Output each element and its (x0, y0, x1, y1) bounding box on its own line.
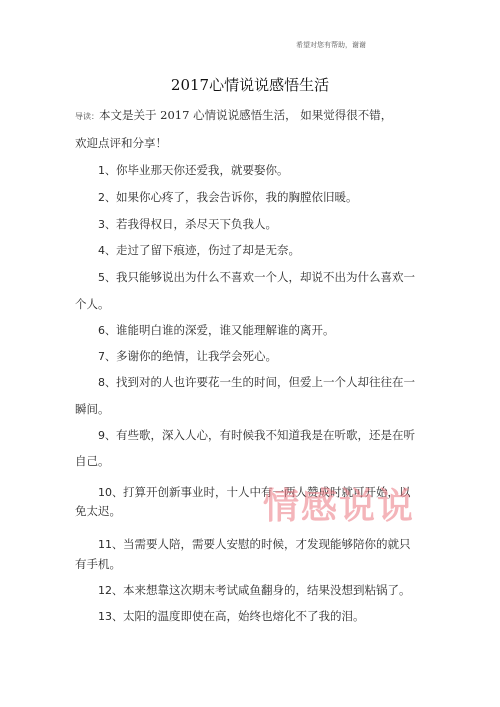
intro-label: 导读： (75, 112, 99, 121)
page-title: 2017心情说说感悟生活 (0, 74, 500, 95)
list-item: 8、找到对的人也许要花一生的时间，但爱上一个人却往往在一 (98, 374, 415, 390)
list-item-continuation: 瞬间。 (75, 401, 110, 417)
list-item-continuation: 免太迟。 (75, 503, 121, 519)
list-item: 13、太阳的温度即使在高，始终也熔化不了我的泪。 (98, 608, 365, 624)
list-item: 1、你毕业那天你还爱我，就要娶你。 (98, 162, 289, 178)
list-item-continuation: 自己。 (75, 453, 110, 469)
list-item: 12、本来想靠这次期末考试咸鱼翻身的，结果没想到粘锅了。 (98, 582, 411, 598)
list-item: 2、如果你心疼了，我会告诉你，我的胸膛依旧暖。 (98, 189, 358, 205)
list-item: 7、多谢你的绝情，让我学会死心。 (98, 348, 277, 364)
intro-line-1: 导读：本文是关于 2017 心情说说感悟生活， 如果觉得很不错， (75, 107, 392, 123)
intro-line-2: 欢迎点评和分享！ (75, 135, 167, 151)
list-item: 6、谁能明白谁的深爱，谁又能理解谁的离开。 (98, 322, 335, 338)
list-item: 3、若我得权日，杀尽天下负我人。 (98, 216, 277, 232)
list-item-continuation: 有手机。 (75, 556, 121, 572)
list-item: 11、当需要人陪，需要人安慰的时候，才发现能够陪你的就只 (98, 536, 411, 552)
list-item: 10、打算开创新事业时，十人中有一两人赞成时就可开始，以 (98, 484, 411, 500)
header-note: 希望对您有帮助，谢谢 (296, 40, 366, 50)
list-item: 4、走过了留下痕迹，伤过了却是无奈。 (98, 242, 300, 258)
list-item: 9、有些歌，深入人心，有时候我不知道我是在听歌，还是在听 (98, 427, 415, 443)
list-item-continuation: 个人。 (75, 296, 110, 312)
list-item: 5、我只能够说出为什么不喜欢一个人，却说不出为什么喜欢一 (98, 269, 415, 285)
